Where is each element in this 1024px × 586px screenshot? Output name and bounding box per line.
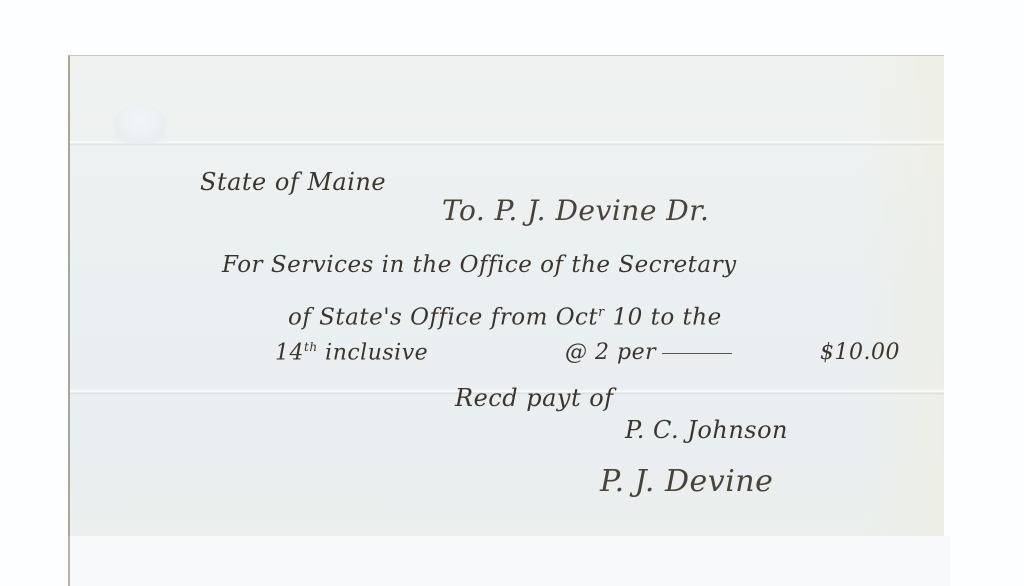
fold-line-top <box>70 140 944 146</box>
payer-signature: P. C. Johnson <box>625 416 788 444</box>
addressee-line: To. P. J. Devine Dr. <box>442 194 709 227</box>
rate-dash <box>662 353 732 354</box>
to-day-sup: th <box>304 340 318 354</box>
amount-value: $10.00 <box>820 340 900 365</box>
inclusive-line: 14th inclusive <box>275 340 428 365</box>
services-line: For Services in the Office of the Secret… <box>222 252 737 278</box>
rate-value: @ 2 per <box>565 340 656 365</box>
to-day: 14 <box>275 340 304 365</box>
payee-signature: P. J. Devine <box>600 464 773 499</box>
date-range-prefix: of State's Office from Oct <box>288 305 598 331</box>
embossed-seal-icon <box>114 104 166 144</box>
date-range-line: of State's Office from Octr 10 to the <box>288 304 722 331</box>
date-range-from: 10 to the <box>613 305 722 331</box>
paper-underlay <box>68 536 950 586</box>
heading-state: State of Maine <box>200 168 386 196</box>
date-range-sup: r <box>598 304 605 319</box>
inclusive-word: inclusive <box>325 340 428 365</box>
receipt-paper: State of Maine To. P. J. Devine Dr. For … <box>68 55 944 536</box>
paper-shading <box>854 56 944 536</box>
scanned-document: State of Maine To. P. J. Devine Dr. For … <box>0 0 1024 586</box>
rate-line: @ 2 per <box>565 340 732 365</box>
receipt-note: Recd payt of <box>455 384 614 412</box>
